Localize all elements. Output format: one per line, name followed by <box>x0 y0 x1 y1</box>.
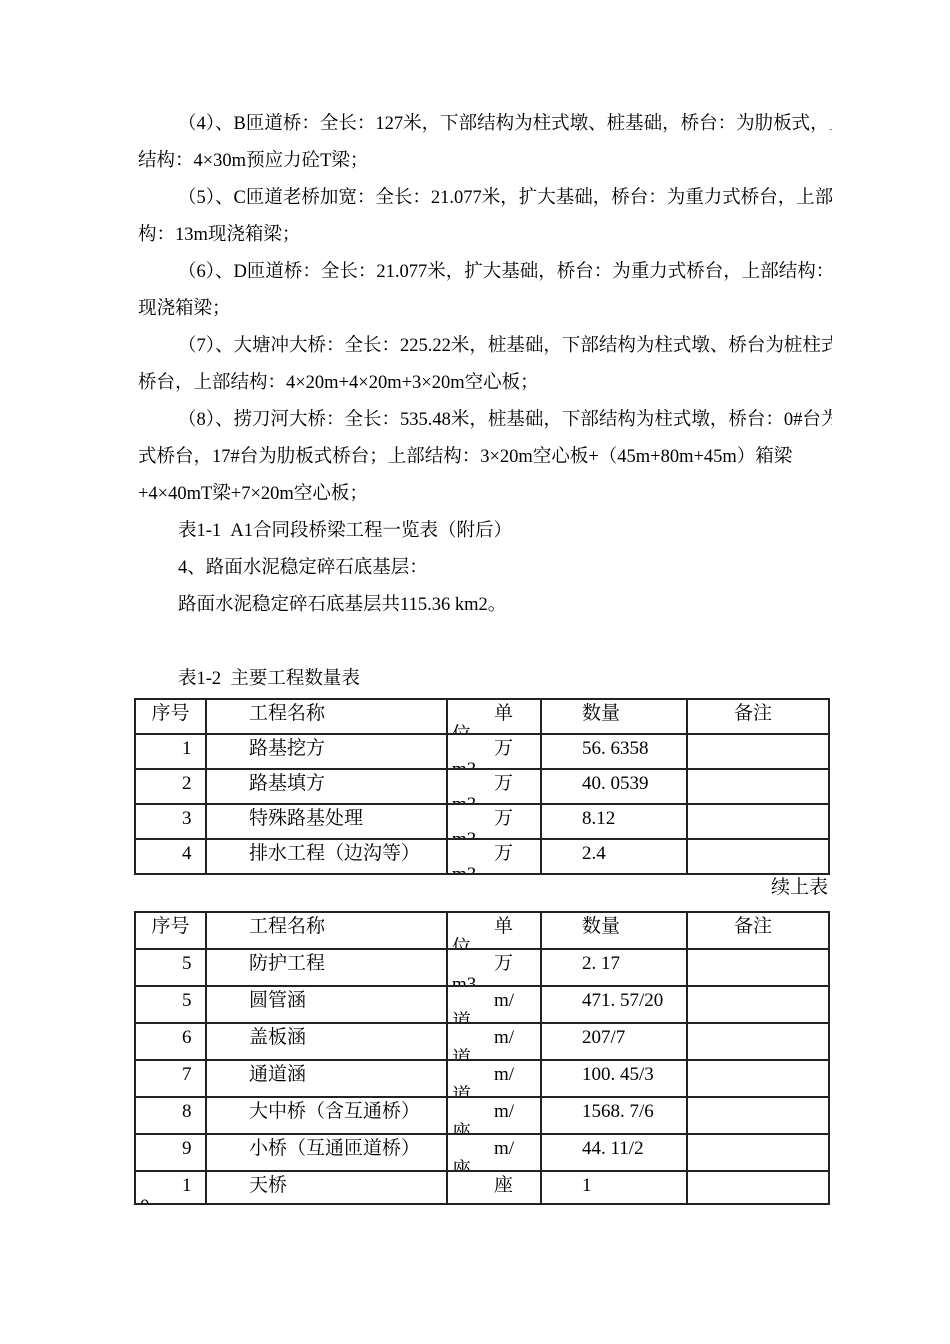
cell-note <box>688 1061 828 1064</box>
table-row: 7 通道涵 m/道 100. 45/3 <box>135 1060 829 1097</box>
cell-unit-wrap: m3 <box>448 864 540 873</box>
table-row: 8 大中桥（含互通桥） m/座 1568. 7/6 <box>135 1097 829 1134</box>
table-row: 2 路基填方 万m3 40. 0539 <box>135 769 829 804</box>
cell-unit: 万 <box>448 770 540 794</box>
table-1-2-caption: 表1-2 主要工程数量表 <box>138 661 832 698</box>
cell-name: 小桥（互通匝道桥） <box>207 1135 446 1159</box>
table-header-row: 序号 工程名称 单位 数量 备注 <box>135 912 829 949</box>
cell-name: 圆管涵 <box>207 987 446 1011</box>
header-name: 工程名称 <box>207 700 446 724</box>
cell-name: 通道涵 <box>207 1061 446 1085</box>
cell-unit-wrap: m3 <box>448 759 540 768</box>
document-page: （4）、B匝道桥：全长：127米，下部结构为柱式墩、桩基础，桥台：为肋板式，上部… <box>0 0 950 1344</box>
text-line: 构：13m现浇箱梁； <box>138 217 832 254</box>
cell-name: 排水工程（边沟等） <box>207 840 446 864</box>
table-row: 10 天桥 座 1 <box>135 1171 829 1204</box>
cell-note <box>688 987 828 990</box>
cell-note <box>688 1172 828 1175</box>
cell-unit: m/ <box>448 987 540 1011</box>
cell-name: 路基填方 <box>207 770 446 794</box>
blank-line <box>138 624 832 661</box>
table-main-quantities: 序号 工程名称 单位 数量 备注 1 路基挖方 万m3 56. 6358 2 路… <box>134 698 830 875</box>
cell-name: 天桥 <box>207 1172 446 1196</box>
cell-quantity: 100. 45/3 <box>542 1061 686 1085</box>
text-line: （7）、大塘冲大桥：全长：225.22米，桩基础，下部结构为柱式墩、桥台为桩柱式 <box>138 328 832 365</box>
table-row: 4 排水工程（边沟等） 万m3 2.4 <box>135 839 829 874</box>
cell-quantity: 1568. 7/6 <box>542 1098 686 1122</box>
cell-quantity: 207/7 <box>542 1024 686 1048</box>
cell-unit: m/ <box>448 1098 540 1122</box>
cell-unit: m/ <box>448 1135 540 1159</box>
cell-unit: 万 <box>448 805 540 829</box>
cell-note <box>688 840 828 843</box>
cell-note <box>688 1024 828 1027</box>
text-line: （6）、D匝道桥：全长：21.077米，扩大基础，桥台：为重力式桥台，上部结构：… <box>138 254 832 291</box>
cell-note <box>688 805 828 808</box>
text-line: 结构：4×30m预应力砼T梁； <box>138 143 832 180</box>
cell-serial: 5 <box>136 950 205 974</box>
cell-unit: 万 <box>448 840 540 864</box>
cell-serial: 9 <box>136 1135 205 1159</box>
cell-quantity: 8.12 <box>542 805 686 829</box>
table-row: 5 防护工程 万m3 2. 17 <box>135 949 829 986</box>
cell-name: 路基挖方 <box>207 735 446 759</box>
cell-serial: 1 <box>136 1172 205 1196</box>
header-unit: 单 <box>448 913 540 937</box>
cell-serial: 4 <box>136 840 205 864</box>
cell-serial: 6 <box>136 1024 205 1048</box>
cell-quantity: 2. 17 <box>542 950 686 974</box>
cell-unit-wrap: m3 <box>448 829 540 838</box>
section-heading: 4、路面水泥稳定碎石底基层： <box>138 550 832 587</box>
table-row: 5 圆管涵 m/道 471. 57/20 <box>135 986 829 1023</box>
cell-quantity: 471. 57/20 <box>542 987 686 1011</box>
cell-serial: 3 <box>136 805 205 829</box>
cell-unit-wrap: m3 <box>448 974 540 985</box>
cell-unit: 万 <box>448 950 540 974</box>
text-line: （8）、捞刀河大桥：全长：535.48米，桩基础，下部结构为柱式墩，桥台：0#台… <box>138 402 832 439</box>
cell-unit-wrap: 道 <box>448 1085 540 1096</box>
cell-unit: 座 <box>448 1172 540 1196</box>
header-unit-wrap: 位 <box>448 724 540 733</box>
cell-unit: 万 <box>448 735 540 759</box>
header-quantity: 数量 <box>542 700 686 724</box>
cell-name: 大中桥（含互通桥） <box>207 1098 446 1122</box>
table-1-1-caption: 表1-1 A1合同段桥梁工程一览表（附后） <box>138 513 832 550</box>
text-line: +4×40mT梁+7×20m空心板； <box>138 476 832 513</box>
header-quantity: 数量 <box>542 913 686 937</box>
header-note: 备注 <box>688 700 828 724</box>
cell-unit: m/ <box>448 1024 540 1048</box>
text-line: （5）、C匝道老桥加宽：全长：21.077米，扩大基础，桥台：为重力式桥台，上部… <box>138 180 832 217</box>
text-line: 桥台，上部结构：4×20m+4×20m+3×20m空心板； <box>138 365 832 402</box>
cell-serial: 7 <box>136 1061 205 1085</box>
cell-note <box>688 950 828 953</box>
header-serial: 序号 <box>136 913 205 937</box>
cell-quantity: 56. 6358 <box>542 735 686 759</box>
cell-serial: 2 <box>136 770 205 794</box>
continuation-label: 续上表 <box>134 876 828 900</box>
cell-quantity: 40. 0539 <box>542 770 686 794</box>
cell-serial: 8 <box>136 1098 205 1122</box>
cell-name: 盖板涵 <box>207 1024 446 1048</box>
cell-serial: 5 <box>136 987 205 1011</box>
header-unit: 单 <box>448 700 540 724</box>
cell-serial: 1 <box>136 735 205 759</box>
cell-serial-wrap: 0 <box>136 1196 205 1203</box>
cell-name: 防护工程 <box>207 950 446 974</box>
cell-unit-wrap: 道 <box>448 1011 540 1022</box>
header-serial: 序号 <box>136 700 205 724</box>
cell-quantity: 1 <box>542 1172 686 1196</box>
text-line: 路面水泥稳定碎石底基层共115.36 km2。 <box>138 587 832 624</box>
cell-quantity: 2.4 <box>542 840 686 864</box>
cell-note <box>688 770 828 773</box>
cell-unit-wrap: 座 <box>448 1159 540 1170</box>
header-note: 备注 <box>688 913 828 937</box>
text-line: 式桥台，17#台为肋板式桥台；上部结构：3×20m空心板+（45m+80m+45… <box>138 439 832 476</box>
cell-note <box>688 1135 828 1138</box>
header-name: 工程名称 <box>207 913 446 937</box>
text-line: （4）、B匝道桥：全长：127米，下部结构为柱式墩、桩基础，桥台：为肋板式，上部 <box>138 106 832 143</box>
cell-quantity: 44. 11/2 <box>542 1135 686 1159</box>
table-header-row: 序号 工程名称 单位 数量 备注 <box>135 699 829 734</box>
cell-note <box>688 1098 828 1101</box>
table-row: 1 路基挖方 万m3 56. 6358 <box>135 734 829 769</box>
text-line: 现浇箱梁； <box>138 291 832 328</box>
cell-unit-wrap: 道 <box>448 1048 540 1059</box>
cell-note <box>688 735 828 738</box>
cell-unit-wrap: m3 <box>448 794 540 803</box>
table-row: 9 小桥（互通匝道桥） m/座 44. 11/2 <box>135 1134 829 1171</box>
table-row: 6 盖板涵 m/道 207/7 <box>135 1023 829 1060</box>
cell-unit-wrap: 座 <box>448 1122 540 1133</box>
header-unit-wrap: 位 <box>448 937 540 948</box>
body-paragraphs: （4）、B匝道桥：全长：127米，下部结构为柱式墩、桩基础，桥台：为肋板式，上部… <box>138 106 832 698</box>
table-continuation: 序号 工程名称 单位 数量 备注 5 防护工程 万m3 2. 17 5 圆管涵 … <box>134 911 830 1205</box>
cell-unit: m/ <box>448 1061 540 1085</box>
cell-name: 特殊路基处理 <box>207 805 446 829</box>
table-row: 3 特殊路基处理 万m3 8.12 <box>135 804 829 839</box>
